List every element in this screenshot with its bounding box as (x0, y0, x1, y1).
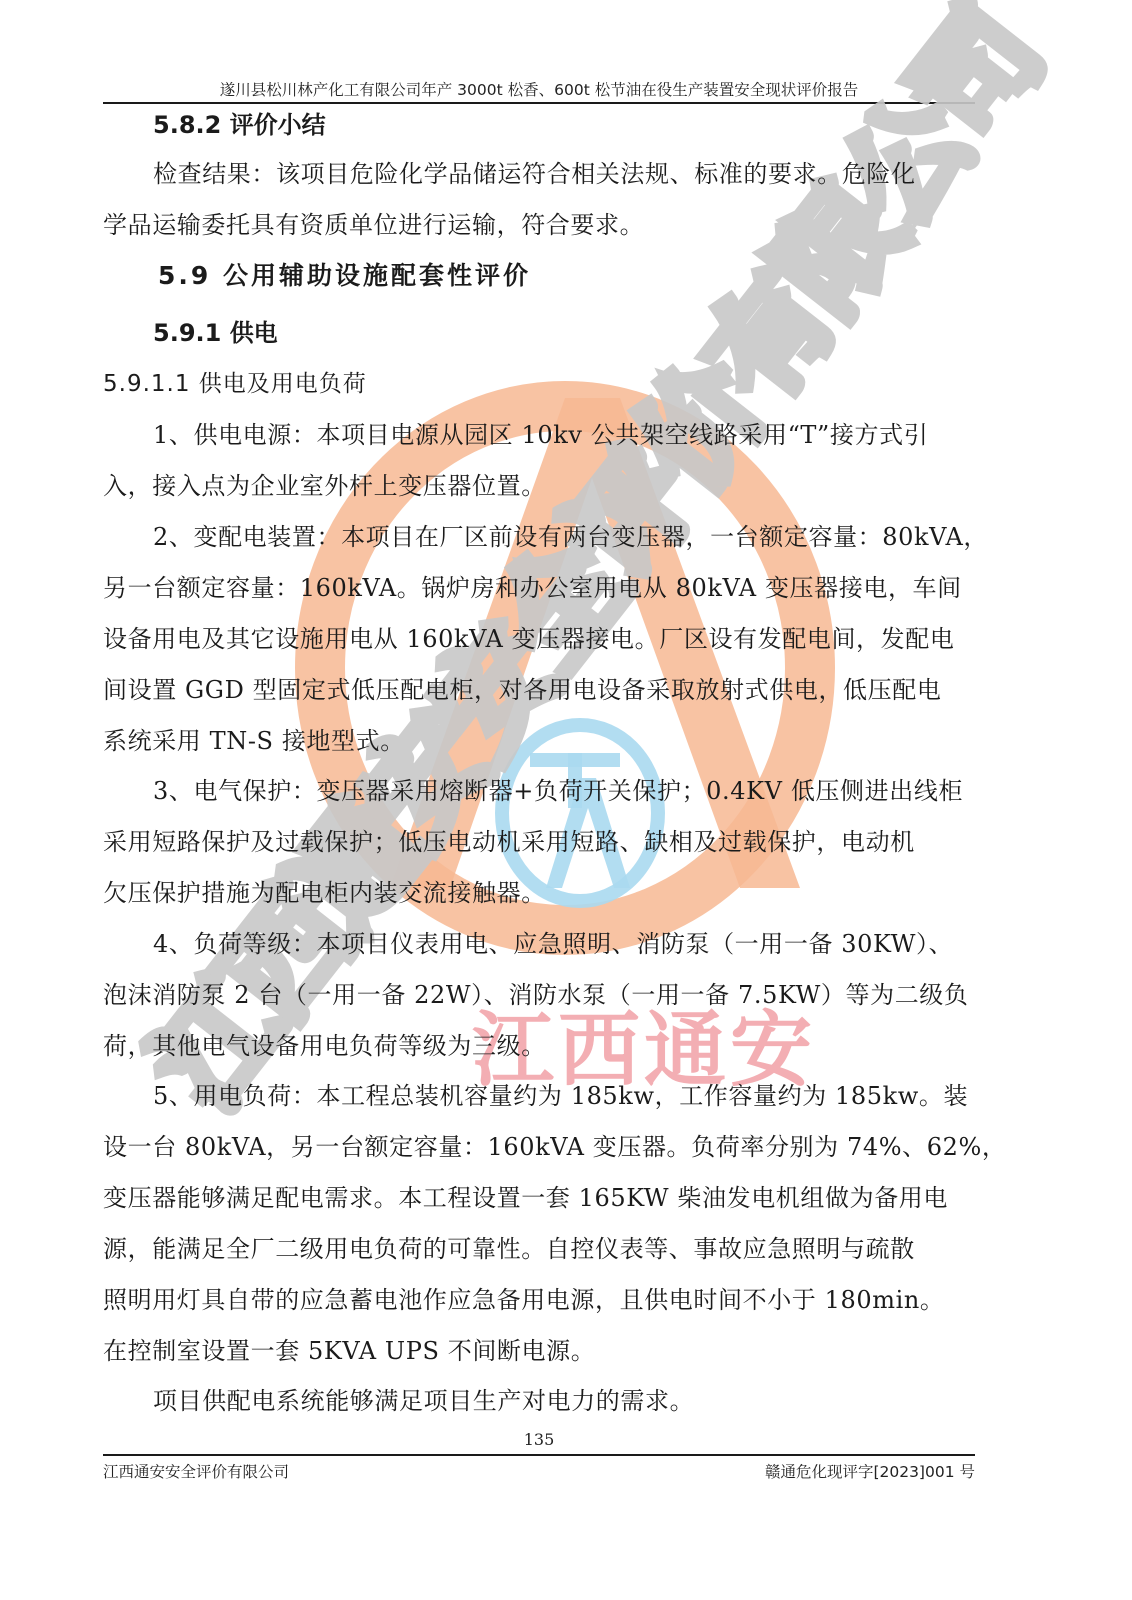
item-5-line: 在控制室设置一套 5KVA UPS 不间断电源。 (103, 1336, 595, 1366)
item-5-line: 变压器能够满足配电需求。本工程设置一套 165KW 柴油发电机组做为备用电 (103, 1183, 948, 1213)
item-2-line: 系统采用 TN-S 接地型式。 (103, 726, 405, 756)
item-5-line: 源，能满足全厂二级用电负荷的可靠性。自控仪表等、事故应急照明与疏散 (103, 1234, 915, 1264)
item-4-line: 泡沫消防泵 2 台（一用一备 22W）、消防水泵（一用一备 7.5KW）等为二级… (103, 980, 969, 1010)
footer-divider (103, 1454, 975, 1456)
section-heading-5-9-1: 5.9.1 供电 (153, 318, 278, 348)
item-2-line: 设备用电及其它设施用电从 160kVA 变压器接电。厂区设有发配电间，发配电 (103, 624, 954, 654)
item-5-line: 照明用灯具自带的应急蓄电池作应急备用电源，且供电时间不小于 180min。 (103, 1285, 945, 1315)
item-3-line: 3、电气保护：变压器采用熔断器+负荷开关保护；0.4KV 低压侧进出线柜 (153, 776, 963, 806)
item-1-line: 1、供电电源：本项目电源从园区 10kv 公共架空线路采用“T”接方式引 (153, 420, 928, 450)
header-divider (103, 102, 975, 104)
item-3-line: 采用短路保护及过载保护；低压电动机采用短路、缺相及过载保护，电动机 (103, 827, 915, 857)
item-5-line: 设一台 80kVA，另一台额定容量：160kVA 变压器。负荷率分别为 74%、… (103, 1132, 1006, 1162)
item-2-line: 2、变配电装置：本项目在厂区前设有两台变压器，一台额定容量：80kVA， (153, 522, 988, 552)
item-3-line: 欠压保护措施为配电柜内装交流接触器。 (103, 878, 546, 908)
running-header-title: 遂川县松川林产化工有限公司年产 3000t 松香、600t 松节油在役生产装置安… (103, 78, 975, 100)
item-2-line: 另一台额定容量：160kVA。锅炉房和办公室用电从 80kVA 变压器接电，车间 (103, 573, 962, 603)
watermark-logo-icon (280, 368, 840, 958)
conclusion-paragraph: 项目供配电系统能够满足项目生产对电力的需求。 (153, 1386, 694, 1416)
section-heading-5-9-1-1: 5.9.1.1 供电及用电负荷 (103, 369, 367, 399)
item-5-line: 5、用电负荷：本工程总装机容量约为 185kw，工作容量约为 185kw。装 (153, 1081, 968, 1111)
item-4-line: 4、负荷等级：本项目仪表用电、应急照明、消防泵（一用一备 30KW）、 (153, 929, 953, 959)
item-1-line: 入，接入点为企业室外杆上变压器位置。 (103, 471, 546, 501)
footer-document-number: 赣通危化现评字[2023]001 号 (765, 1460, 975, 1482)
page-number: 135 (103, 1430, 975, 1449)
paragraph-line: 检查结果：该项目危险化学品储运符合相关法规、标准的要求。危险化 (153, 159, 916, 189)
item-4-line: 荷，其他电气设备用电负荷等级为三级。 (103, 1031, 546, 1061)
document-page: 遂川县松川林产化工有限公司年产 3000t 松香、600t 松节油在役生产装置安… (0, 0, 1132, 1600)
item-2-line: 间设置 GGD 型固定式低压配电柜，对各用电设备采取放射式供电，低压配电 (103, 675, 941, 705)
paragraph-line: 学品运输委托具有资质单位进行运输，符合要求。 (103, 210, 644, 240)
footer-company-name: 江西通安安全评价有限公司 (103, 1460, 289, 1482)
section-heading-5-9: 5.9 公用辅助设施配套性评价 (158, 261, 531, 291)
section-heading-5-8-2: 5.8.2 评价小结 (153, 110, 326, 140)
